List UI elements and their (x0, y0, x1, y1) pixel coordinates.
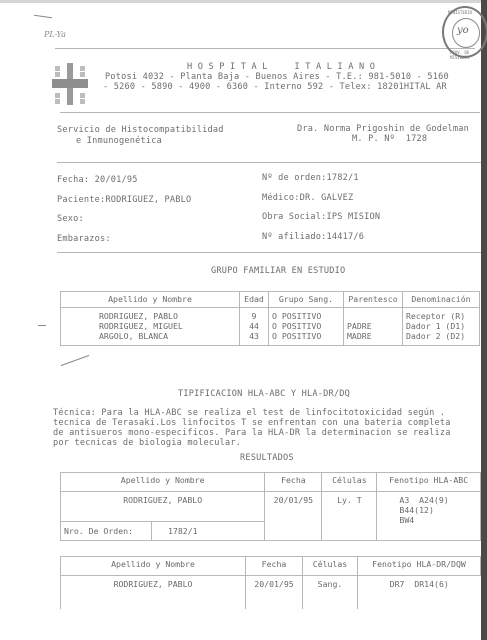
col-fenotipo-abc: Fenotipo HLA-ABC (377, 473, 481, 492)
result-phenotype-dr: DR7 DR14(6) (358, 576, 481, 610)
scan-right-edge (481, 0, 487, 640)
phenotype-line: A3 A24(9) (399, 495, 480, 505)
results-dr-table: Apellido y Nombre Fecha Células Fenotipo… (60, 556, 481, 609)
embarazos-field: Embarazos: (57, 234, 111, 244)
family-group-title: GRUPO FAMILIAR EN ESTUDIO (211, 266, 345, 276)
afiliado-label: Nº afiliado: (262, 232, 327, 242)
patient-rule (57, 252, 481, 253)
orden-value: 1782/1 (152, 522, 265, 541)
paciente-label: Paciente: (57, 195, 105, 205)
relation-cell: PADRE MADRE (344, 308, 403, 346)
sexo-field: Sexo: (57, 214, 84, 224)
scan-top-edge (0, 0, 487, 3)
orden-label: Nro. De Orden: (61, 522, 152, 541)
table-row-relation: PADRE (347, 321, 399, 331)
service-rule (57, 162, 481, 163)
table-row-relation (347, 311, 399, 321)
blood-cell: O POSITIVO O POSITIVO O POSITIVO (269, 308, 344, 346)
result-fecha: 20/01/95 (246, 576, 303, 610)
results-title: RESULTADOS (240, 453, 294, 463)
result-phenotype-abc: A3 A24(9) B44(12) BW4 (377, 492, 481, 541)
col-celulas: Células (303, 557, 358, 576)
service-subname: e Inmunogenética (76, 136, 162, 146)
col-parentesco: Parentesco (344, 292, 403, 308)
medico-field: Médico:DR. GALVEZ (262, 193, 353, 203)
hospital-address-line2: - 5260 - 5890 - 4900 - 6360 - Interno 59… (103, 82, 447, 92)
official-stamp: MINISTERIO yo PROV. DE MISIONES (442, 6, 487, 58)
col-fecha: Fecha (265, 473, 322, 492)
fecha-value: 20/01/95 (95, 175, 138, 185)
table-row-denomination: Dador 1 (D1) (406, 321, 476, 331)
obra-social-field: Obra Social:IPS MISION (262, 212, 380, 222)
phenotype-line: BW4 (399, 515, 480, 525)
results-dr-header: Apellido y Nombre Fecha Células Fenotipo… (61, 557, 481, 576)
table-row-age: 9 (243, 311, 265, 321)
table-row-name: RODRIGUEZ, MIGUEL (99, 321, 236, 331)
table-row-age: 43 (243, 331, 265, 341)
table-row-blood: O POSITIVO (272, 321, 340, 331)
handwritten-initials: PL-Ya (44, 30, 66, 39)
col-apellido-nombre: Apellido y Nombre (61, 473, 265, 492)
technique-line: tecnica de Terasaki.Los linfocitos T se … (53, 418, 451, 428)
hospital-cross-logo (52, 63, 88, 105)
orden-label: Nº de orden: (262, 173, 327, 183)
stamp-signature: yo (457, 25, 469, 36)
afiliado-value: 14417/6 (327, 232, 365, 242)
orden-value: 1782/1 (327, 173, 359, 183)
family-group-table: Apellido y Nombre Edad Grupo Sang. Paren… (60, 291, 480, 346)
names-cell: RODRIGUEZ, PABLO RODRIGUEZ, MIGUEL ARGOL… (61, 308, 240, 346)
result-celulas: Sang. (303, 576, 358, 610)
paciente-value: RODRIGUEZ, PABLO (105, 195, 191, 205)
family-table-body: RODRIGUEZ, PABLO RODRIGUEZ, MIGUEL ARGOL… (61, 308, 480, 346)
doctor-license: M. P. Nº 1728 (352, 134, 427, 144)
result-fecha: 20/01/95 (265, 492, 322, 541)
col-celulas: Células (322, 473, 377, 492)
technique-line: de antisueros mono-especificos. Para la … (53, 428, 451, 438)
result-celulas: Ly. T (322, 492, 377, 541)
table-row-blood: O POSITIVO (272, 331, 340, 341)
col-apellido-nombre: Apellido y Nombre (61, 292, 240, 308)
sexo-label: Sexo: (57, 214, 84, 224)
phenotype-line: B44(12) (399, 505, 480, 515)
table-row-name: ARGOLO, BLANCA (99, 331, 236, 341)
obra-social-label: Obra Social: (262, 212, 327, 222)
doctor-name: Dra. Norma Prigoshin de Godelman (297, 124, 469, 134)
technique-line: por tecnicas de biologia molecular. (53, 438, 241, 448)
pen-mark (34, 15, 52, 18)
col-fecha: Fecha (246, 557, 303, 576)
denomination-cell: Receptor (R) Dador 1 (D1) Dador 2 (D2) (403, 308, 480, 346)
afiliado-field: Nº afiliado:14417/6 (262, 232, 364, 242)
technique-line: Técnica: Para la HLA-ABC se realiza el t… (53, 408, 445, 418)
service-name: Servicio de Histocompatibilidad (57, 125, 224, 135)
results-abc-header: Apellido y Nombre Fecha Células Fenotipo… (61, 473, 481, 492)
pen-mark (38, 325, 46, 326)
orden-field: Nº de orden:1782/1 (262, 173, 359, 183)
table-row-age: 44 (243, 321, 265, 331)
family-table-header: Apellido y Nombre Edad Grupo Sang. Paren… (61, 292, 480, 308)
table-row-name: RODRIGUEZ, PABLO (99, 311, 236, 321)
ages-cell: 9 44 43 (240, 308, 269, 346)
col-fenotipo-dr: Fenotipo HLA-DR/DQW (358, 557, 481, 576)
stamp-text-top: MINISTERIO (448, 10, 472, 15)
header-bottom-rule (60, 112, 480, 113)
col-denominacion: Denominación (403, 292, 480, 308)
table-row-blood: O POSITIVO (272, 311, 340, 321)
table-row-denomination: Dador 2 (D2) (406, 331, 476, 341)
table-row-denomination: Receptor (R) (406, 311, 476, 321)
table-row: RODRIGUEZ, PABLO 20/01/95 Ly. T A3 A24(9… (61, 492, 481, 522)
result-name: RODRIGUEZ, PABLO (61, 576, 246, 610)
stamp-text-bottom: PROV. DE MISIONES (450, 50, 486, 60)
header-top-rule (55, 48, 475, 49)
table-row: RODRIGUEZ, PABLO 20/01/95 Sang. DR7 DR14… (61, 576, 481, 610)
fecha-field: Fecha: 20/01/95 (57, 175, 138, 185)
paciente-field: Paciente:RODRIGUEZ, PABLO (57, 195, 191, 205)
result-name: RODRIGUEZ, PABLO (61, 492, 265, 522)
hospital-address-line1: Potosi 4032 - Planta Baja - Buenos Aires… (105, 72, 449, 82)
fecha-label: Fecha: (57, 175, 89, 185)
results-abc-table: Apellido y Nombre Fecha Células Fenotipo… (60, 472, 481, 541)
col-grupo-sang: Grupo Sang. (269, 292, 344, 308)
medico-value: DR. GALVEZ (300, 193, 354, 203)
medico-label: Médico: (262, 193, 300, 203)
hospital-name: H O S P I T A L I T A L I A N O (187, 62, 375, 72)
typing-title: TIPIFICACION HLA-ABC Y HLA-DR/DQ (178, 389, 350, 399)
col-apellido-nombre: Apellido y Nombre (61, 557, 246, 576)
obra-social-value: IPS MISION (327, 212, 381, 222)
embarazos-label: Embarazos: (57, 234, 111, 244)
table-row-relation: MADRE (347, 331, 399, 341)
pen-mark (61, 355, 90, 366)
col-edad: Edad (240, 292, 269, 308)
